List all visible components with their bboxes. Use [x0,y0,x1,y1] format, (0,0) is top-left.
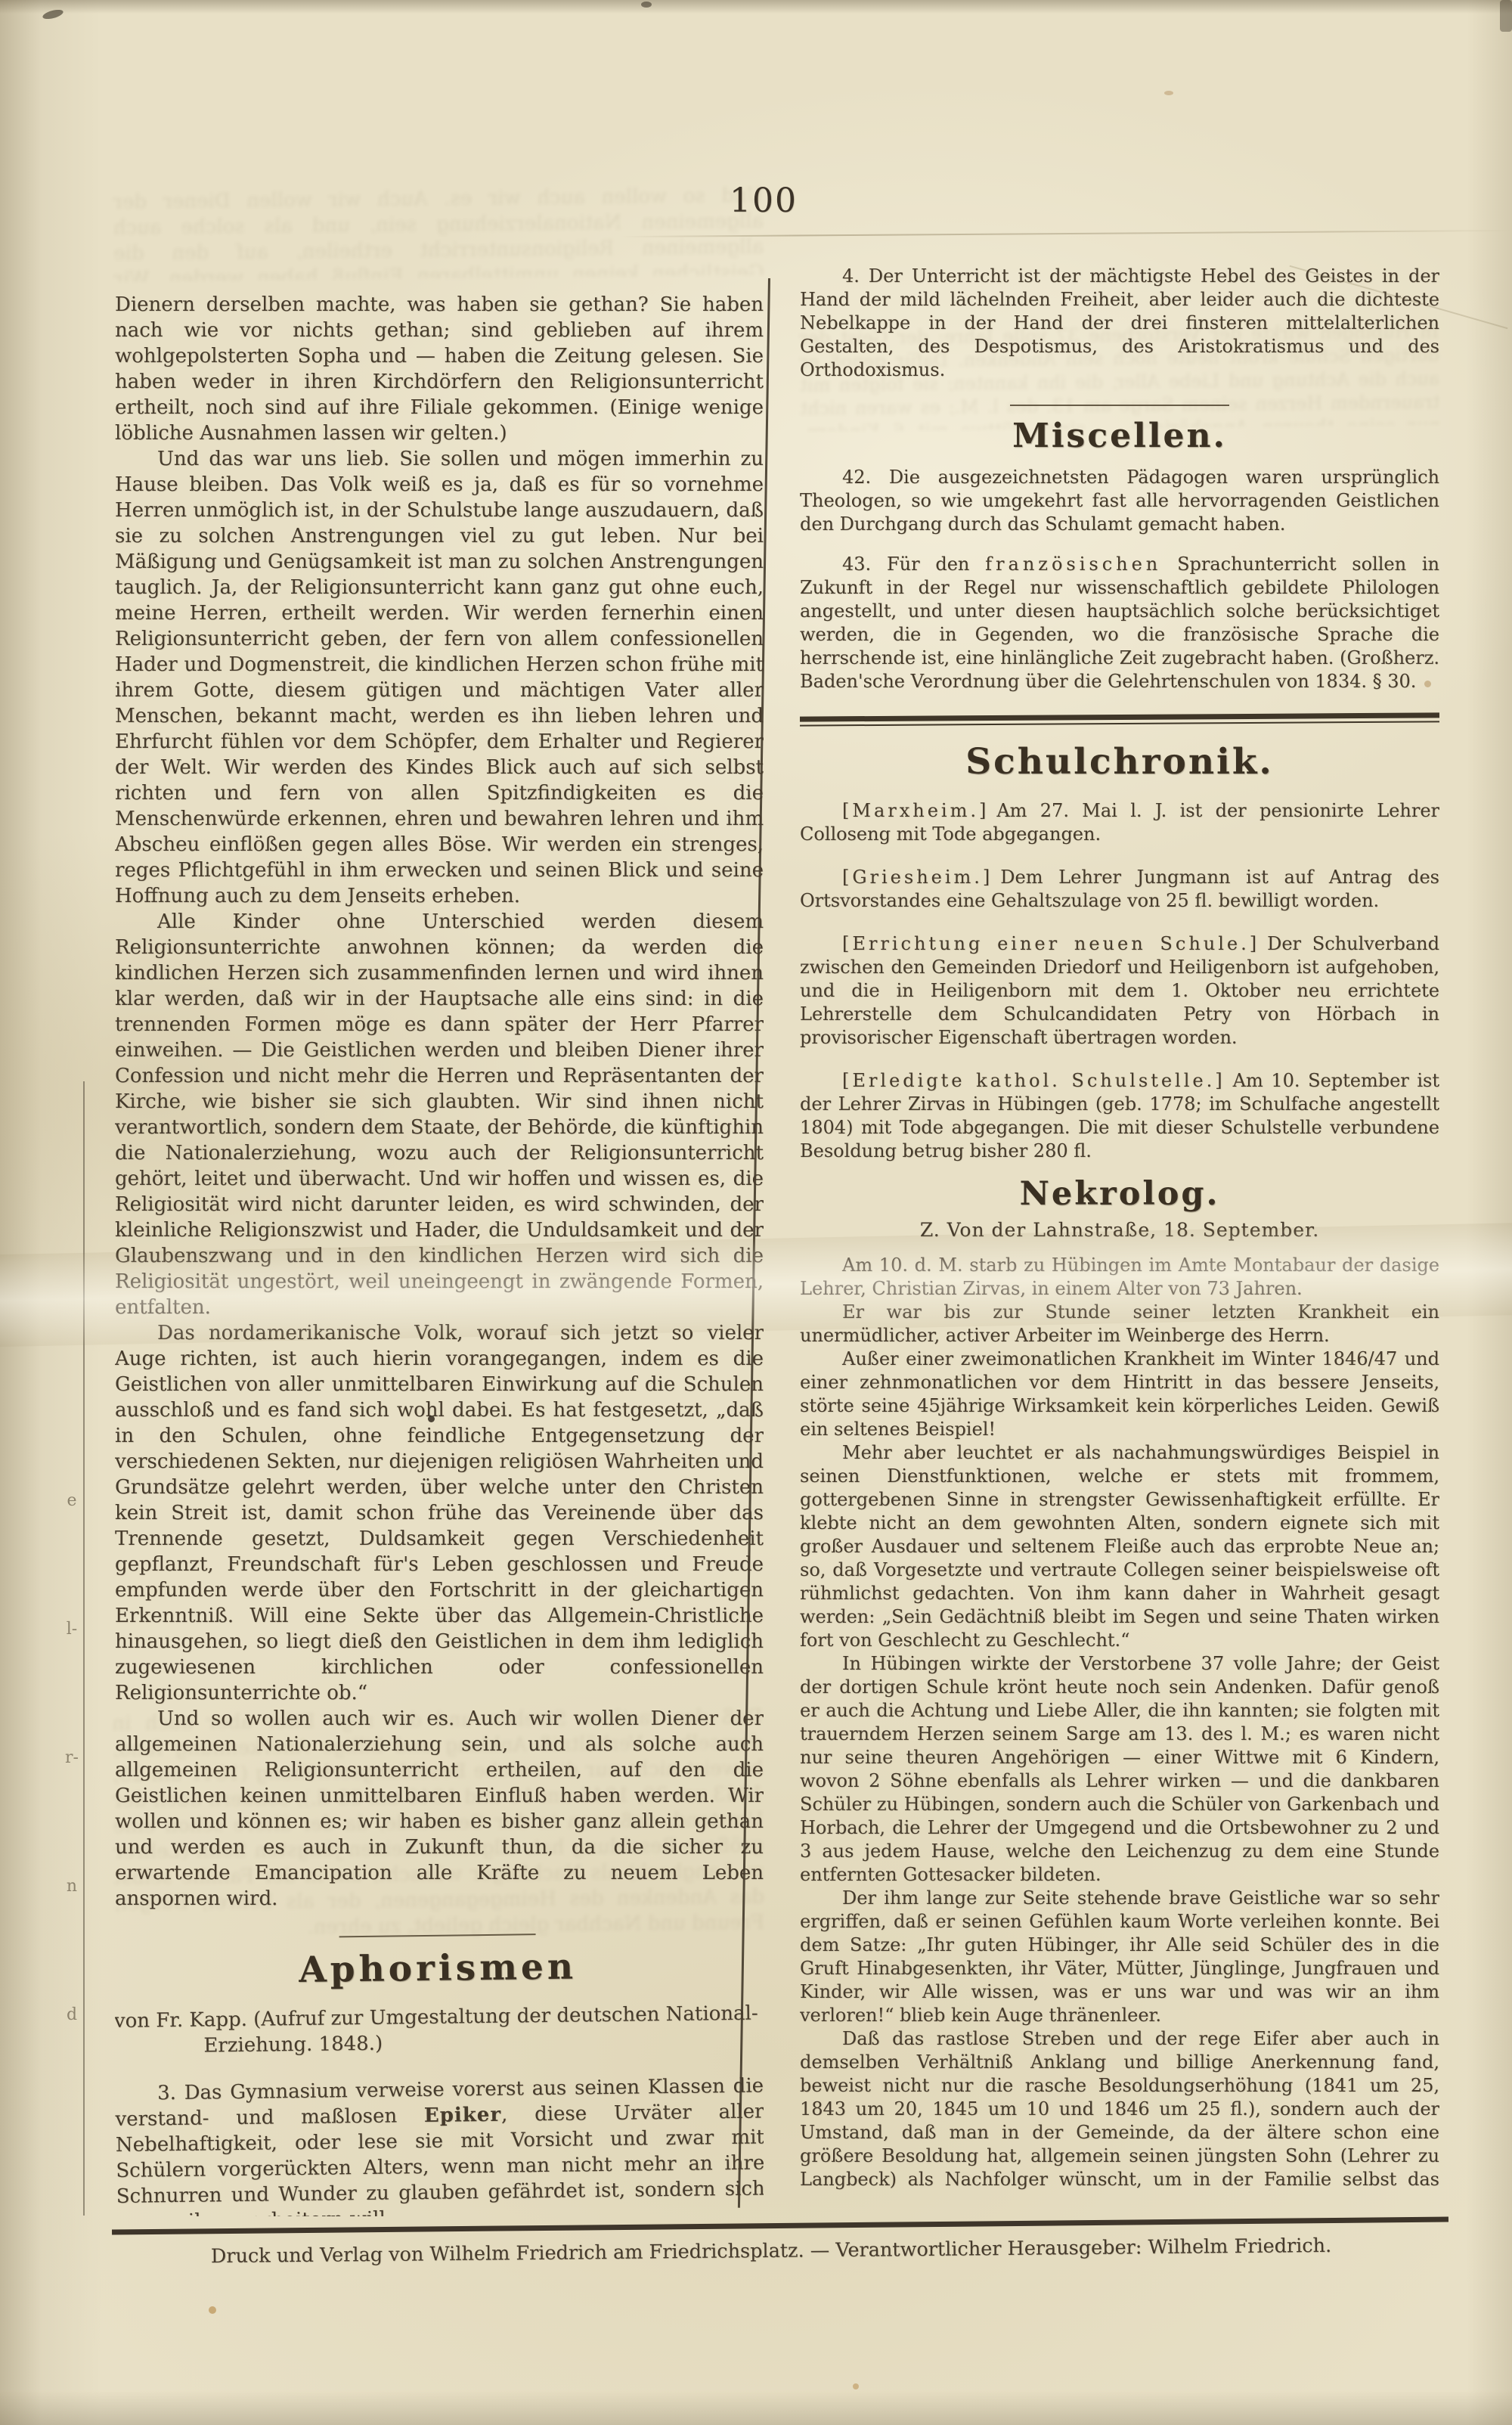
entry-place-label: [Marxheim.] [842,800,989,821]
article-paragraph: Und das war uns lieb. Sie sollen und mög… [115,446,764,909]
nekrolog-paragraph: Der ihm lange zur Seite stehende brave G… [800,1887,1439,2027]
nekrolog-heading: Nekrolog. [800,1183,1439,1206]
nekrolog-paragraph: Er war bis zur Stunde seiner letzten Kra… [800,1301,1439,1347]
right-column: 4. Der Unterricht ist der mächtigste Heb… [800,265,1439,2191]
section-double-rule [800,712,1439,726]
nekrolog-paragraph: Am 10. d. M. starb zu Hübingen im Amte M… [800,1254,1439,1301]
aphorismen-heading: Aphorismen [115,1952,762,1986]
imprint-line: Druck und Verlag von Wilhelm Friedrich a… [91,2233,1452,2268]
article-paragraph: Alle Kinder ohne Unterschied werden dies… [115,909,764,1320]
scan-speck [641,2,652,8]
aphorismen-section: Aphorismen von Fr. Kapp. (Aufruf zur Umg… [115,1931,764,2216]
page-number: 100 [703,181,824,220]
miscellen-heading: Miscellen. [800,424,1439,448]
foxing-spot [853,2383,859,2389]
scan-speck [42,8,64,21]
left-column: Dienern derselben machte, was haben sie … [115,292,764,2216]
foxing-spot [1164,91,1173,95]
foxing-spot [209,2306,216,2314]
footer-rule [112,2217,1448,2235]
nekrolog-paragraph: Mehr aber leuchtet er als nachahmungswür… [800,1441,1439,1652]
section-divider-rule [1010,405,1229,406]
schulchronik-heading: Schulchronik. [800,750,1439,774]
entry-place-label: [Errichtung einer neuen Schule.] [842,933,1259,954]
aphorism-item-4: 4. Der Unterricht ist der mächtigste Heb… [800,265,1439,382]
scan-speck [1500,0,1512,32]
article-paragraph: Das nordamerikanische Volk, worauf sich … [115,1320,764,1706]
entry-place-label: [Griesheim.] [842,867,993,888]
miscellen-item-42: 42. Die ausgezeichnetsten Pädagogen ware… [800,466,1439,536]
aphorism-item-3: 3. Das Gymnasium verweise vorerst aus se… [115,2073,764,2216]
article-paragraph: Dienern derselben machte, was haben sie … [115,292,764,446]
nekrolog-paragraph: Außer einer zweimonatlichen Krankheit im… [800,1347,1439,1441]
entry-place-label: [Erledigte kathol. Schulstelle.] [842,1070,1225,1091]
article-paragraph: Und so wollen auch wir es. Auch wir woll… [115,1706,764,1912]
miscellen-item-43-spaced-word: französischen [985,554,1161,575]
nekrolog-dateline: Z. Von der Lahnstraße, 18. September. [800,1218,1439,1242]
nekrolog-paragraph: In Hübingen wirkte der Verstorbene 37 vo… [800,1652,1439,1887]
bleed-through-text: Und so wollen auch wir es. Auch wir woll… [113,183,764,282]
page-edge-line [83,1081,85,2216]
aphorism-item-3-bold-word: Epiker [424,2104,501,2127]
nekrolog-paragraph: Daß das rastlose Streben und der rege Ei… [800,2027,1439,2191]
miscellen-item-43-text: 43. Für den [842,554,985,575]
facing-page-fragments: e l- r- n d [60,1437,83,2117]
schulchronik-entry: [Erledigte kathol. Schulstelle.]Am 10. S… [800,1069,1439,1163]
aphorismen-byline: von Fr. Kapp. (Aufruf zur Umgestaltung d… [115,2001,763,2060]
schulchronik-entry: [Griesheim.]Dem Lehrer Jungmann ist auf … [800,866,1439,913]
section-divider-rule [339,1933,536,1937]
schulchronik-entry: [Marxheim.]Am 27. Mai l. J. ist der pens… [800,799,1439,846]
miscellen-item-43: 43. Für den französischen Sprachunterric… [800,553,1439,693]
paper-crease [620,230,1512,237]
schulchronik-entry: [Errichtung einer neuen Schule.]Der Schu… [800,932,1439,1050]
newspaper-page: e l- r- n d Und so wollen auch wir es. A… [0,0,1512,2425]
